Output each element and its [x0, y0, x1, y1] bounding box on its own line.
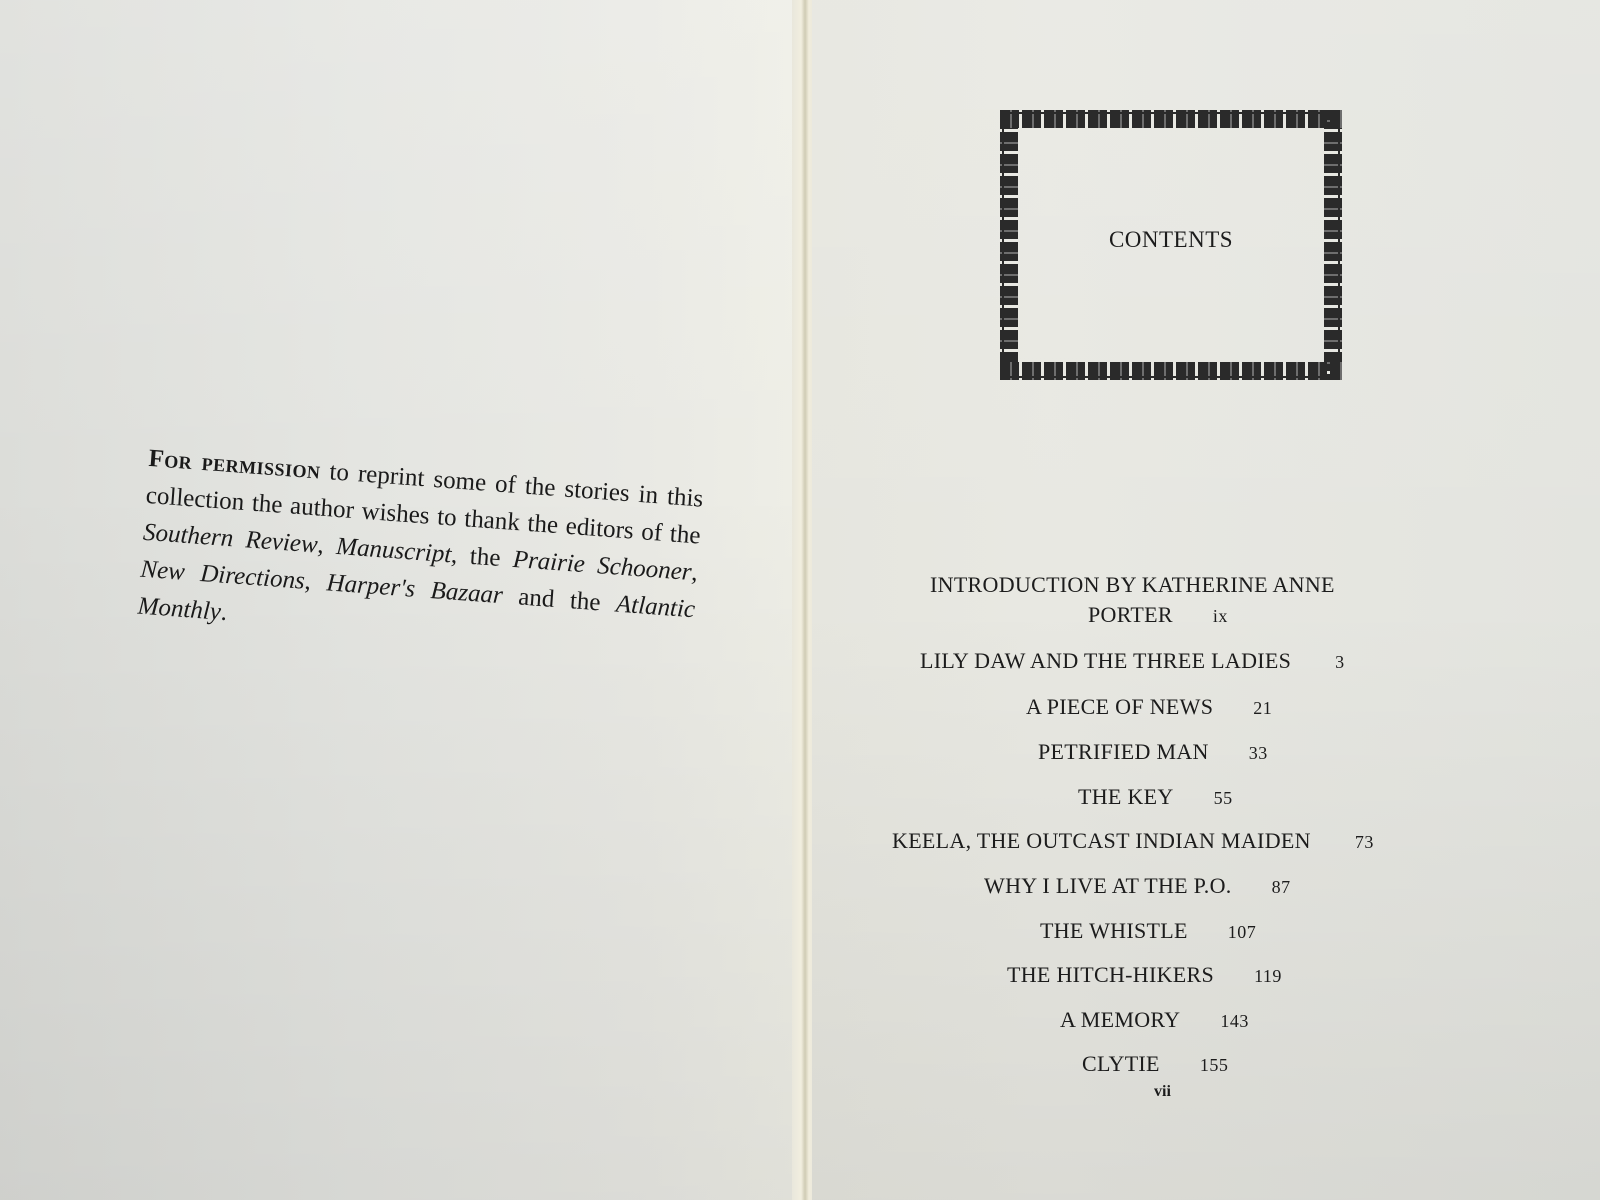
toc-page: 107 — [1228, 922, 1257, 943]
toc-entry: WHY I LIVE AT THE P.O. 87 — [984, 873, 1291, 899]
toc-title: LILY DAW AND THE THREE LADIES — [920, 648, 1291, 674]
page-number: vii — [1154, 1083, 1171, 1101]
toc-title: A MEMORY — [1060, 1007, 1180, 1033]
toc-page: 155 — [1200, 1055, 1229, 1076]
toc-title: THE WHISTLE — [1040, 918, 1188, 944]
toc-entry: LILY DAW AND THE THREE LADIES 3 — [920, 648, 1345, 674]
toc-page: 119 — [1254, 966, 1282, 987]
toc-page: 21 — [1253, 698, 1272, 719]
toc-entry: THE HITCH-HIKERS 119 — [1007, 962, 1282, 988]
toc-entry: THE WHISTLE 107 — [1040, 918, 1256, 944]
toc-title: PETRIFIED MAN — [1038, 739, 1209, 765]
toc-page: 87 — [1272, 877, 1291, 898]
toc-entry: A PIECE OF NEWS 21 — [1026, 694, 1272, 720]
toc-entry: CLYTIE 155 — [1082, 1051, 1228, 1077]
toc-page: 73 — [1355, 832, 1374, 853]
journal-name: New Directions — [140, 556, 306, 595]
toc-title: CLYTIE — [1082, 1051, 1160, 1077]
toc-page: 55 — [1214, 788, 1233, 809]
toc-page: 33 — [1249, 743, 1268, 764]
toc-title: KEELA, THE OUTCAST INDIAN MAIDEN — [892, 828, 1311, 854]
toc-entry: THE KEY 55 — [1078, 784, 1233, 810]
journal-name: Manuscript — [335, 533, 452, 568]
toc-entry: A MEMORY 143 — [1060, 1007, 1249, 1033]
toc-page: 3 — [1335, 652, 1345, 673]
journal-name: Southern Review — [142, 519, 318, 559]
toc-entry: KEELA, THE OUTCAST INDIAN MAIDEN 73 — [892, 828, 1374, 854]
contents-heading: CONTENTS — [1109, 227, 1233, 253]
toc-entry: INTRODUCTION BY KATHERINE ANNE — [930, 572, 1335, 598]
contents-inner-rule: CONTENTS — [1002, 112, 1340, 378]
toc-entry: PETRIFIED MAN 33 — [1038, 739, 1268, 765]
toc-title: THE KEY — [1078, 784, 1174, 810]
ack-lead: For permission — [148, 445, 322, 485]
toc-title: PORTER — [1088, 602, 1173, 628]
toc-page: ix — [1213, 606, 1228, 627]
toc-title: A PIECE OF NEWS — [1026, 694, 1213, 720]
toc-entry: PORTER ix — [1088, 602, 1228, 628]
journal-name: Harper's Bazaar — [326, 569, 504, 609]
contents-ornamental-frame: CONTENTS — [982, 92, 1360, 398]
toc-title: WHY I LIVE AT THE P.O. — [984, 873, 1232, 899]
journal-name: Prairie Schooner — [512, 546, 693, 586]
toc-title: THE HITCH-HIKERS — [1007, 962, 1214, 988]
toc-title: INTRODUCTION BY KATHERINE ANNE — [930, 572, 1335, 598]
toc-page: 143 — [1220, 1011, 1249, 1032]
